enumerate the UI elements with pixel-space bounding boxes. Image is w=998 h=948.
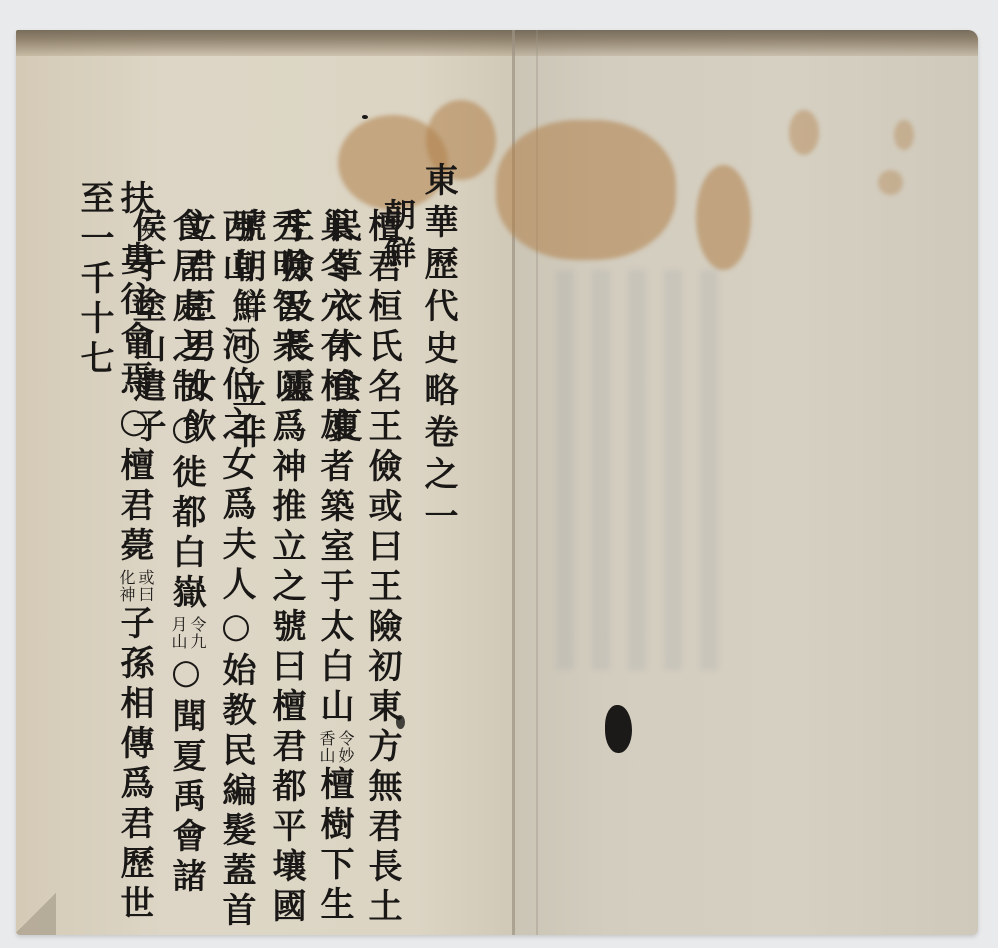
worn-corner	[16, 890, 56, 935]
interlinear-note: 令甲	[237, 290, 256, 324]
ink-blot	[605, 705, 632, 753]
column-text: 食居處之制○徙都白嶽	[166, 208, 206, 614]
interlinear-note: 令九月山	[170, 616, 206, 650]
water-stain	[789, 110, 819, 155]
water-stain	[696, 165, 751, 270]
text-column-6: 扶夫婁往會焉○檀君薨或曰化神子孫相傳爲君歷世至一千十七	[74, 180, 154, 935]
water-stain	[894, 120, 914, 150]
show-through-text	[556, 270, 736, 670]
column-text: 巢冬穴有桓雄者築室于太白山	[314, 208, 354, 728]
manuscript-page: 東華歷代史略卷之一 朝鮮 檀君桓氏名王儉或曰王險初東方無君長土民草衣木食夏 巢冬…	[16, 30, 978, 935]
column-text: 扶	[114, 180, 154, 220]
column-text: 婁往會焉○檀君薨	[114, 241, 154, 567]
interlinear-note: 令妙香山	[318, 730, 354, 764]
water-stain	[496, 120, 676, 260]
book-title: 東華歷代史略卷之一	[418, 162, 458, 540]
interlinear-note: 夫	[135, 222, 154, 239]
frayed-top-edge	[16, 30, 978, 56]
ink-dot	[362, 115, 368, 119]
column-text: 西山	[216, 208, 256, 288]
water-stain	[878, 170, 903, 195]
interlinear-note: 或曰化神	[118, 569, 154, 603]
